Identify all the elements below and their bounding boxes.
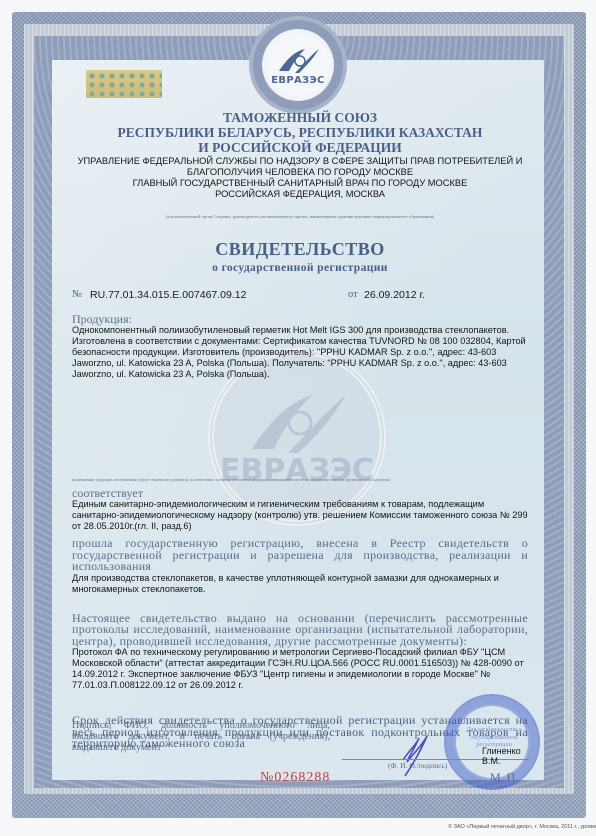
union-line: РЕСПУБЛИКИ БЕЛАРУСЬ, РЕСПУБЛИКИ КАЗАХСТА… — [72, 125, 528, 140]
printer-imprint: © ЗАО «Первый печатный двор», г. Москва,… — [448, 824, 596, 830]
document-subtitle: о государственной регистрации — [72, 262, 528, 274]
product-section: Продукция: Однокомпонентный полиизобутил… — [72, 313, 528, 380]
usage-text: Для производства стеклопакетов, в качест… — [72, 573, 528, 595]
signer-name: Глиненко В.М. — [482, 746, 528, 766]
product-caption: (наименование продукции, изготовленная в… — [72, 478, 528, 482]
emblem-text: ЕВРАЗЭС — [271, 75, 324, 86]
hologram-sticker — [86, 70, 162, 98]
blank-serial-number: №0268288 — [260, 770, 330, 786]
agency-line: ГЛАВНЫЙ ГОСУДАРСТВЕННЫЙ САНИТАРНЫЙ ВРАЧ … — [72, 178, 528, 189]
agency-line: БЛАГОПОЛУЧИЯ ЧЕЛОВЕКА ПО ГОРОДУ МОСКВЕ — [72, 167, 528, 178]
eurasec-emblem: ЕВРАЗЭС — [253, 20, 343, 110]
handwritten-signature-icon — [397, 730, 437, 780]
conformity-text: Единым санитарно-эпидемиологическим и ги… — [72, 499, 528, 532]
registration-number: RU.77.01.34.015.E.007467.09.12 — [90, 289, 246, 301]
registration-date: 26.09.2012 г. — [364, 289, 425, 301]
signature-block: Подпись, ФИО, должность уполномоченного … — [72, 720, 528, 800]
agency-line: УПРАВЛЕНИЕ ФЕДЕРАЛЬНОЙ СЛУЖБЫ ПО НАДЗОРУ… — [72, 156, 528, 167]
agency-line: РОССИЙСКАЯ ФЕДЕРАЦИЯ, МОСКВА — [72, 189, 528, 200]
registered-section: прошла государственную регистрацию, внес… — [72, 538, 528, 595]
registration-number-line: № RU.77.01.34.015.E.007467.09.12 от 26.0… — [72, 289, 528, 303]
basis-label: Настоящее свидетельство выдано на основа… — [72, 613, 528, 648]
basis-text: Протокол ФА по техническому регулировани… — [72, 647, 528, 691]
number-sign: № — [72, 289, 82, 300]
union-line: ТАМОЖЕННЫЙ СОЮЗ — [72, 110, 528, 125]
product-label: Продукция: — [72, 313, 528, 325]
registered-label: прошла государственную регистрацию, внес… — [72, 538, 528, 573]
product-text: Однокомпонентный полиизобутиленовый герм… — [72, 325, 528, 380]
signature-label: Подпись, ФИО, должность уполномоченного … — [72, 720, 330, 753]
seal-mark: М. П. — [490, 770, 518, 785]
certificate-content: ТАМОЖЕННЫЙ СОЮЗ РЕСПУБЛИКИ БЕЛАРУСЬ, РЕС… — [72, 110, 528, 750]
document-title: СВИДЕТЕЛЬСТВО — [72, 239, 528, 260]
conformity-section: соответствует Единым санитарно-эпидемиол… — [72, 487, 528, 532]
union-line: И РОССИЙСКОЙ ФЕДЕРАЦИИ — [72, 140, 528, 155]
eurasec-swallows-globe-icon — [275, 45, 321, 75]
date-prefix: от — [348, 289, 358, 300]
agency-heading: УПРАВЛЕНИЕ ФЕДЕРАЛЬНОЙ СЛУЖБЫ ПО НАДЗОРУ… — [72, 156, 528, 200]
basis-section: Настоящее свидетельство выдано на основа… — [72, 613, 528, 692]
authority-caption: (уполномоченный орган Стороны, руководит… — [72, 214, 528, 219]
signature-line-caption: (Ф. И. О./подпись) — [388, 761, 447, 770]
customs-union-heading: ТАМОЖЕННЫЙ СОЮЗ РЕСПУБЛИКИ БЕЛАРУСЬ, РЕС… — [72, 110, 528, 155]
conformity-label: соответствует — [72, 487, 528, 499]
